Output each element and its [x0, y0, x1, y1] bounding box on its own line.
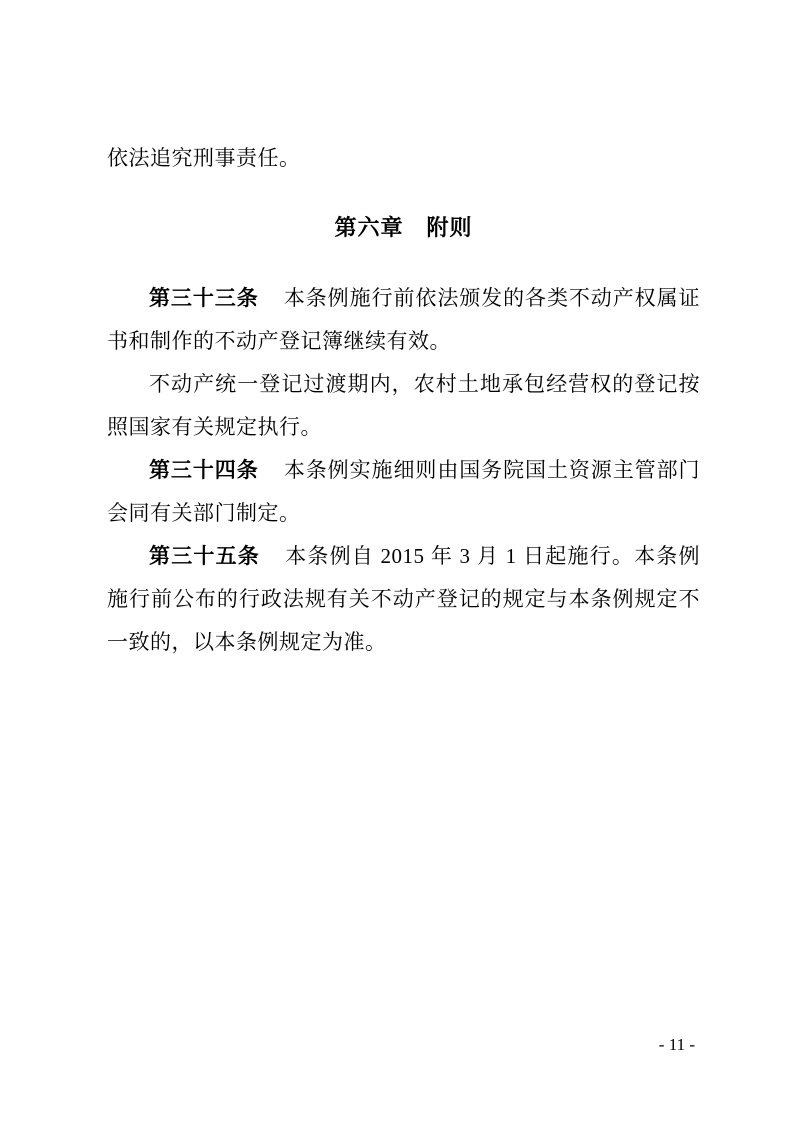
article-paragraph: 第三十四条本条例实施细则由国务院国土资源主管部门会同有关部门制定。: [107, 449, 700, 535]
document-content: 依法追究刑事责任。 第六章 附则 第三十三条本条例施行前依法颁发的各类不动产权属…: [0, 0, 793, 664]
article-number-label: 第三十四条: [149, 459, 259, 482]
chapter-heading: 第六章 附则: [107, 206, 700, 249]
document-page: 依法追究刑事责任。 第六章 附则 第三十三条本条例施行前依法颁发的各类不动产权属…: [0, 0, 793, 1122]
article-paragraph: 第三十三条本条例施行前依法颁发的各类不动产权属证书和制作的不动产登记簿继续有效。: [107, 277, 700, 363]
article-number-label: 第三十五条: [149, 545, 260, 568]
article-paragraph: 第三十五条本条例自 2015 年 3 月 1 日起施行。本条例施行前公布的行政法…: [107, 535, 700, 664]
page-number: - 11 -: [659, 1034, 695, 1056]
body-paragraph: 不动产统一登记过渡期内，农村土地承包经营权的登记按照国家有关规定执行。: [107, 363, 700, 449]
continuation-paragraph: 依法追究刑事责任。: [107, 137, 700, 180]
article-number-label: 第三十三条: [149, 287, 259, 310]
